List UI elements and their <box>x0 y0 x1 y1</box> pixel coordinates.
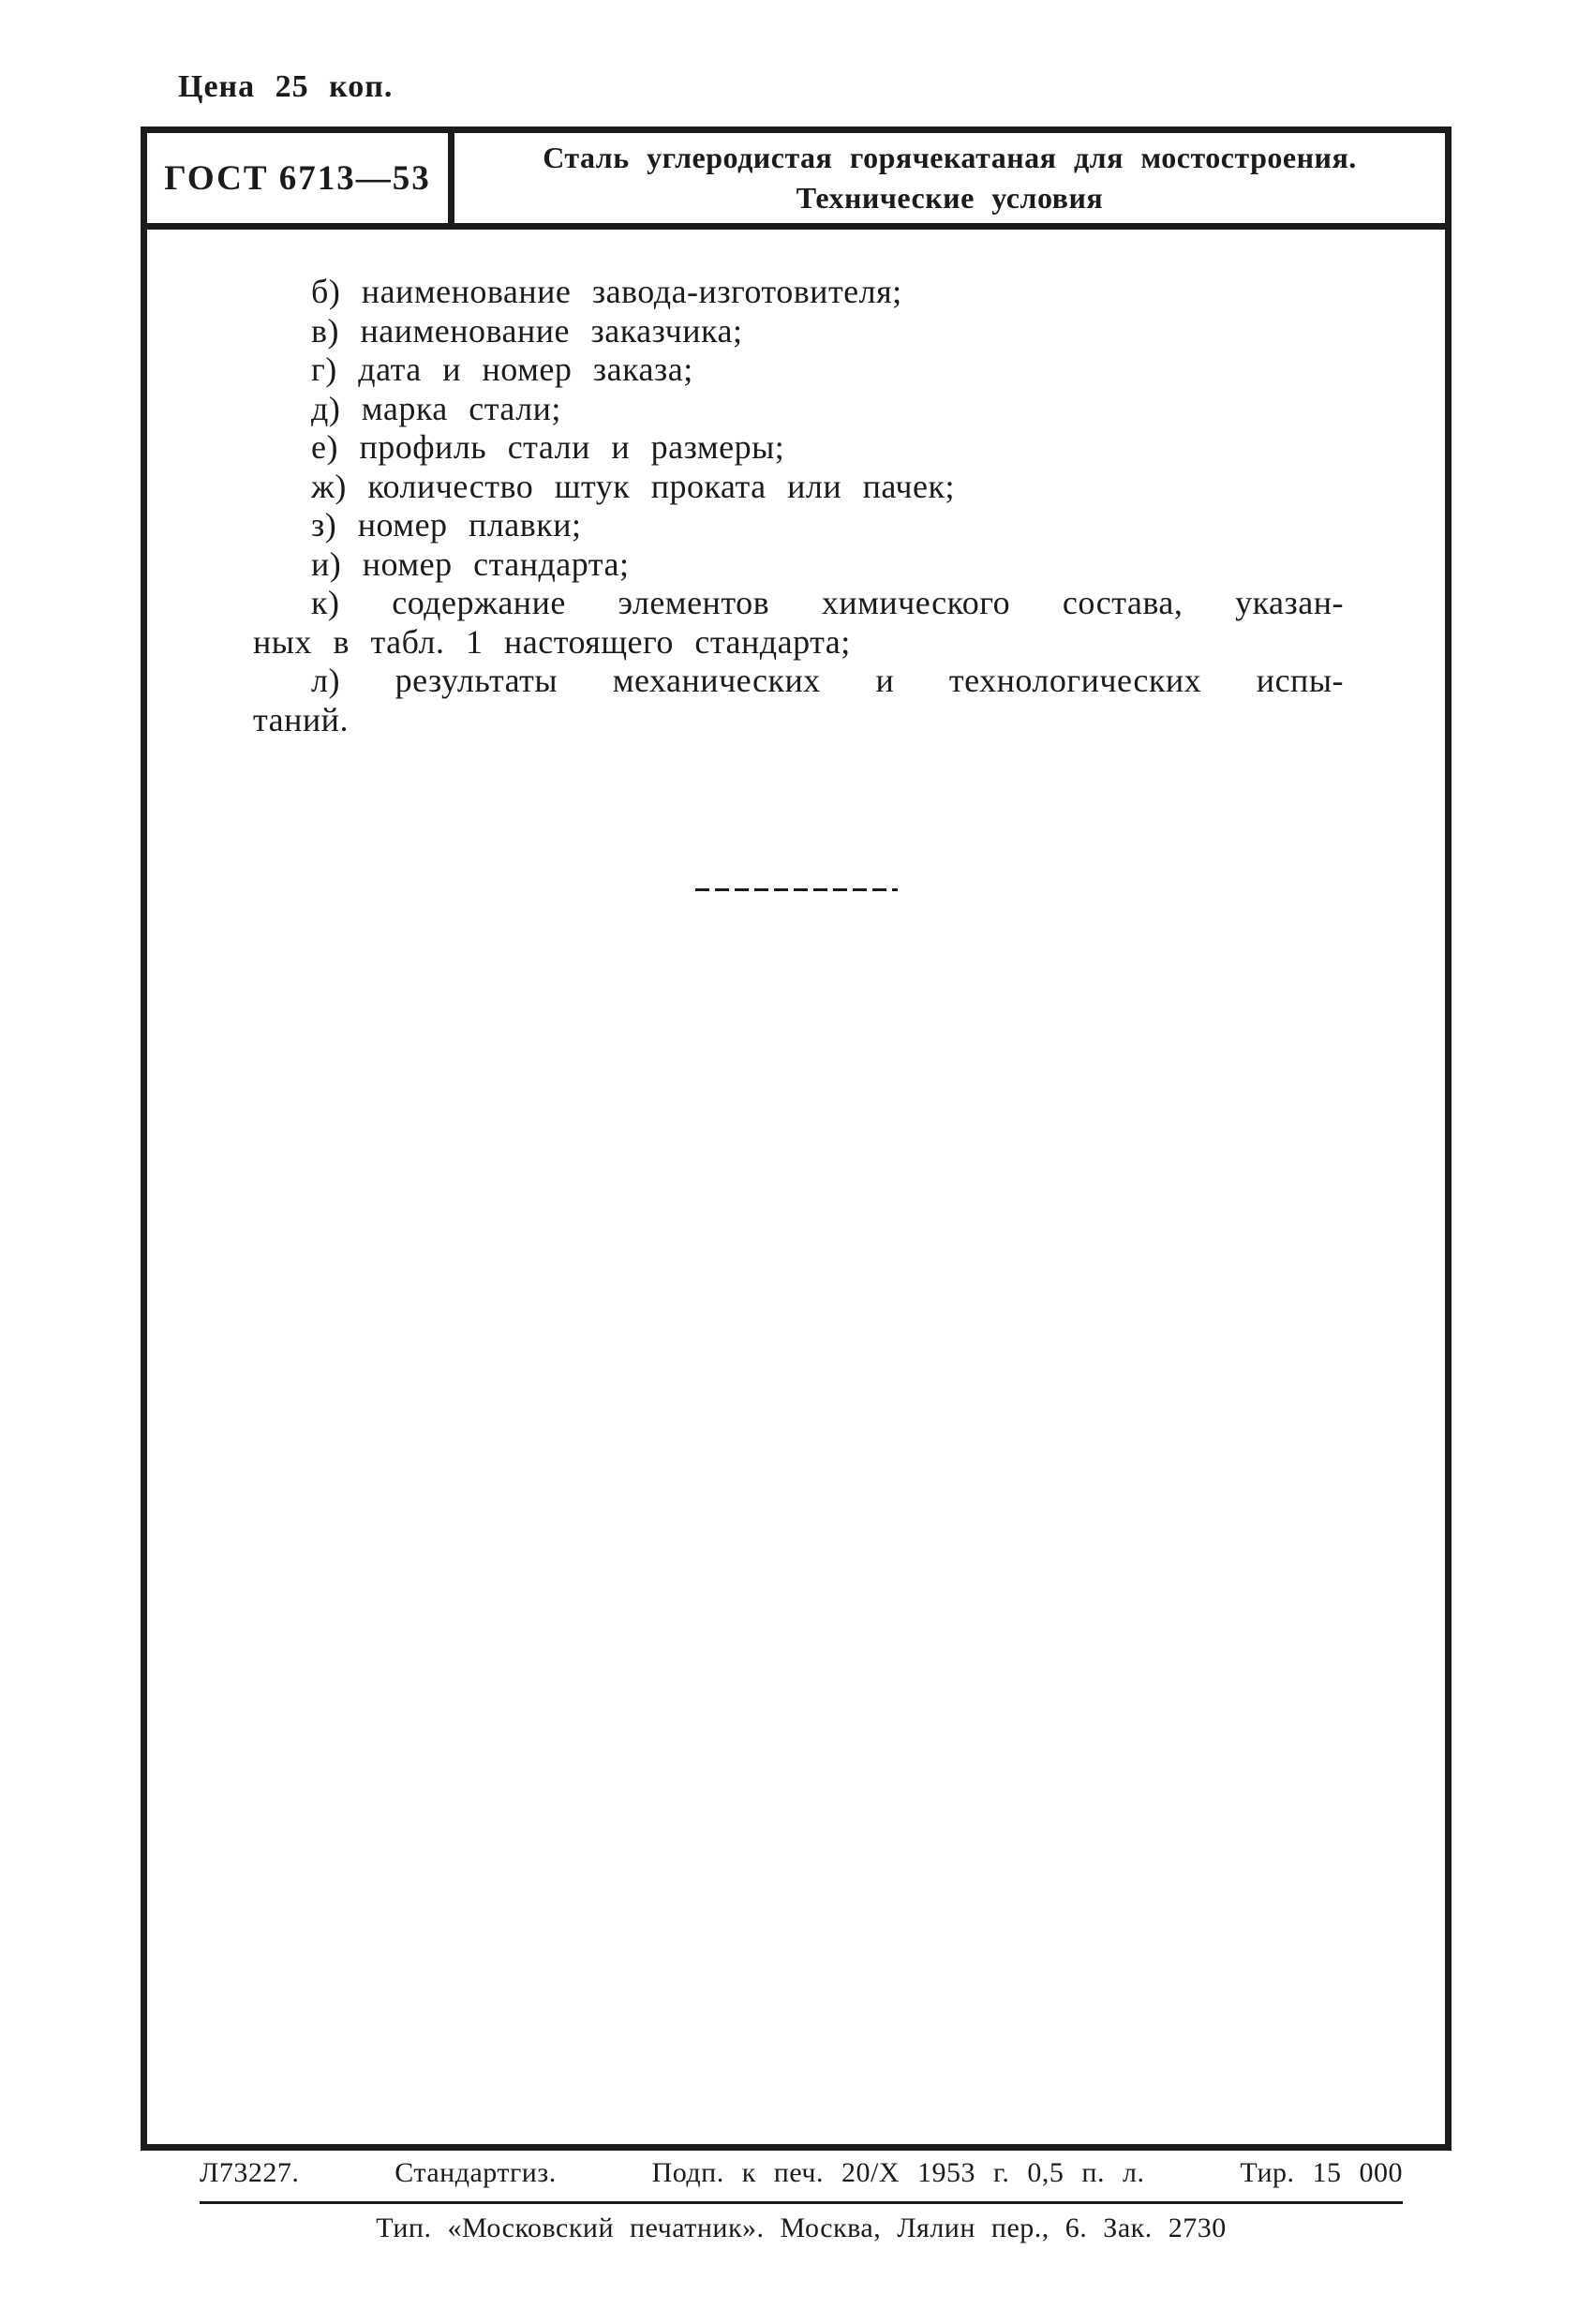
scanned-document-page: Цена 25 коп. ГОСТ 6713—53 Сталь углероди… <box>0 0 1593 2324</box>
imprint-line: Л73227. Стандартгиз. Подп. к печ. 20/X 1… <box>200 2157 1403 2189</box>
clause-list: б) наименование завода-изготовителя; в) … <box>253 273 1344 739</box>
price-note: Цена 25 коп. <box>178 69 393 105</box>
list-line: д) марка стали; <box>253 390 1344 429</box>
gost-number: ГОСТ 6713—53 <box>164 158 431 199</box>
title-line-2: Технические условия <box>796 178 1103 218</box>
document-frame: ГОСТ 6713—53 Сталь углеродистая горячека… <box>141 127 1452 2151</box>
list-line: б) наименование завода-изготовителя; <box>253 273 1344 312</box>
list-line: ж) количество штук проката или пачек; <box>253 468 1344 507</box>
gost-number-cell: ГОСТ 6713—53 <box>147 133 454 223</box>
list-line: в) наименование заказчика; <box>253 312 1344 351</box>
list-line: к) содержание элементов химического сост… <box>253 584 1344 623</box>
imprint-order-code: Л73227. <box>200 2157 299 2189</box>
list-line: з) номер плавки; <box>253 506 1344 545</box>
title-cell: Сталь углеродистая горячекатаная для мос… <box>454 133 1445 223</box>
imprint-circulation: Тир. 15 000 <box>1240 2157 1403 2189</box>
list-line: и) номер стандарта; <box>253 545 1344 585</box>
printer-line: Тип. «Московский печатник». Москва, Ляли… <box>200 2212 1403 2244</box>
end-of-text-separator <box>695 888 898 891</box>
list-line: ных в табл. 1 настоящего стандарта; <box>253 623 1344 663</box>
list-line: л) результаты механических и технологиче… <box>253 662 1344 701</box>
footer-rule <box>200 2201 1403 2204</box>
list-line: г) дата и номер заказа; <box>253 350 1344 390</box>
list-line: таний. <box>253 701 1344 740</box>
imprint-footer: Л73227. Стандартгиз. Подп. к печ. 20/X 1… <box>200 2157 1403 2244</box>
header-box: ГОСТ 6713—53 Сталь углеродистая горячека… <box>147 133 1445 230</box>
imprint-publisher: Стандартгиз. <box>395 2157 556 2189</box>
list-line: е) профиль стали и размеры; <box>253 428 1344 468</box>
title-line-1: Сталь углеродистая горячекатаная для мос… <box>543 138 1357 178</box>
imprint-print-info: Подп. к печ. 20/X 1953 г. 0,5 п. л. <box>652 2157 1145 2189</box>
